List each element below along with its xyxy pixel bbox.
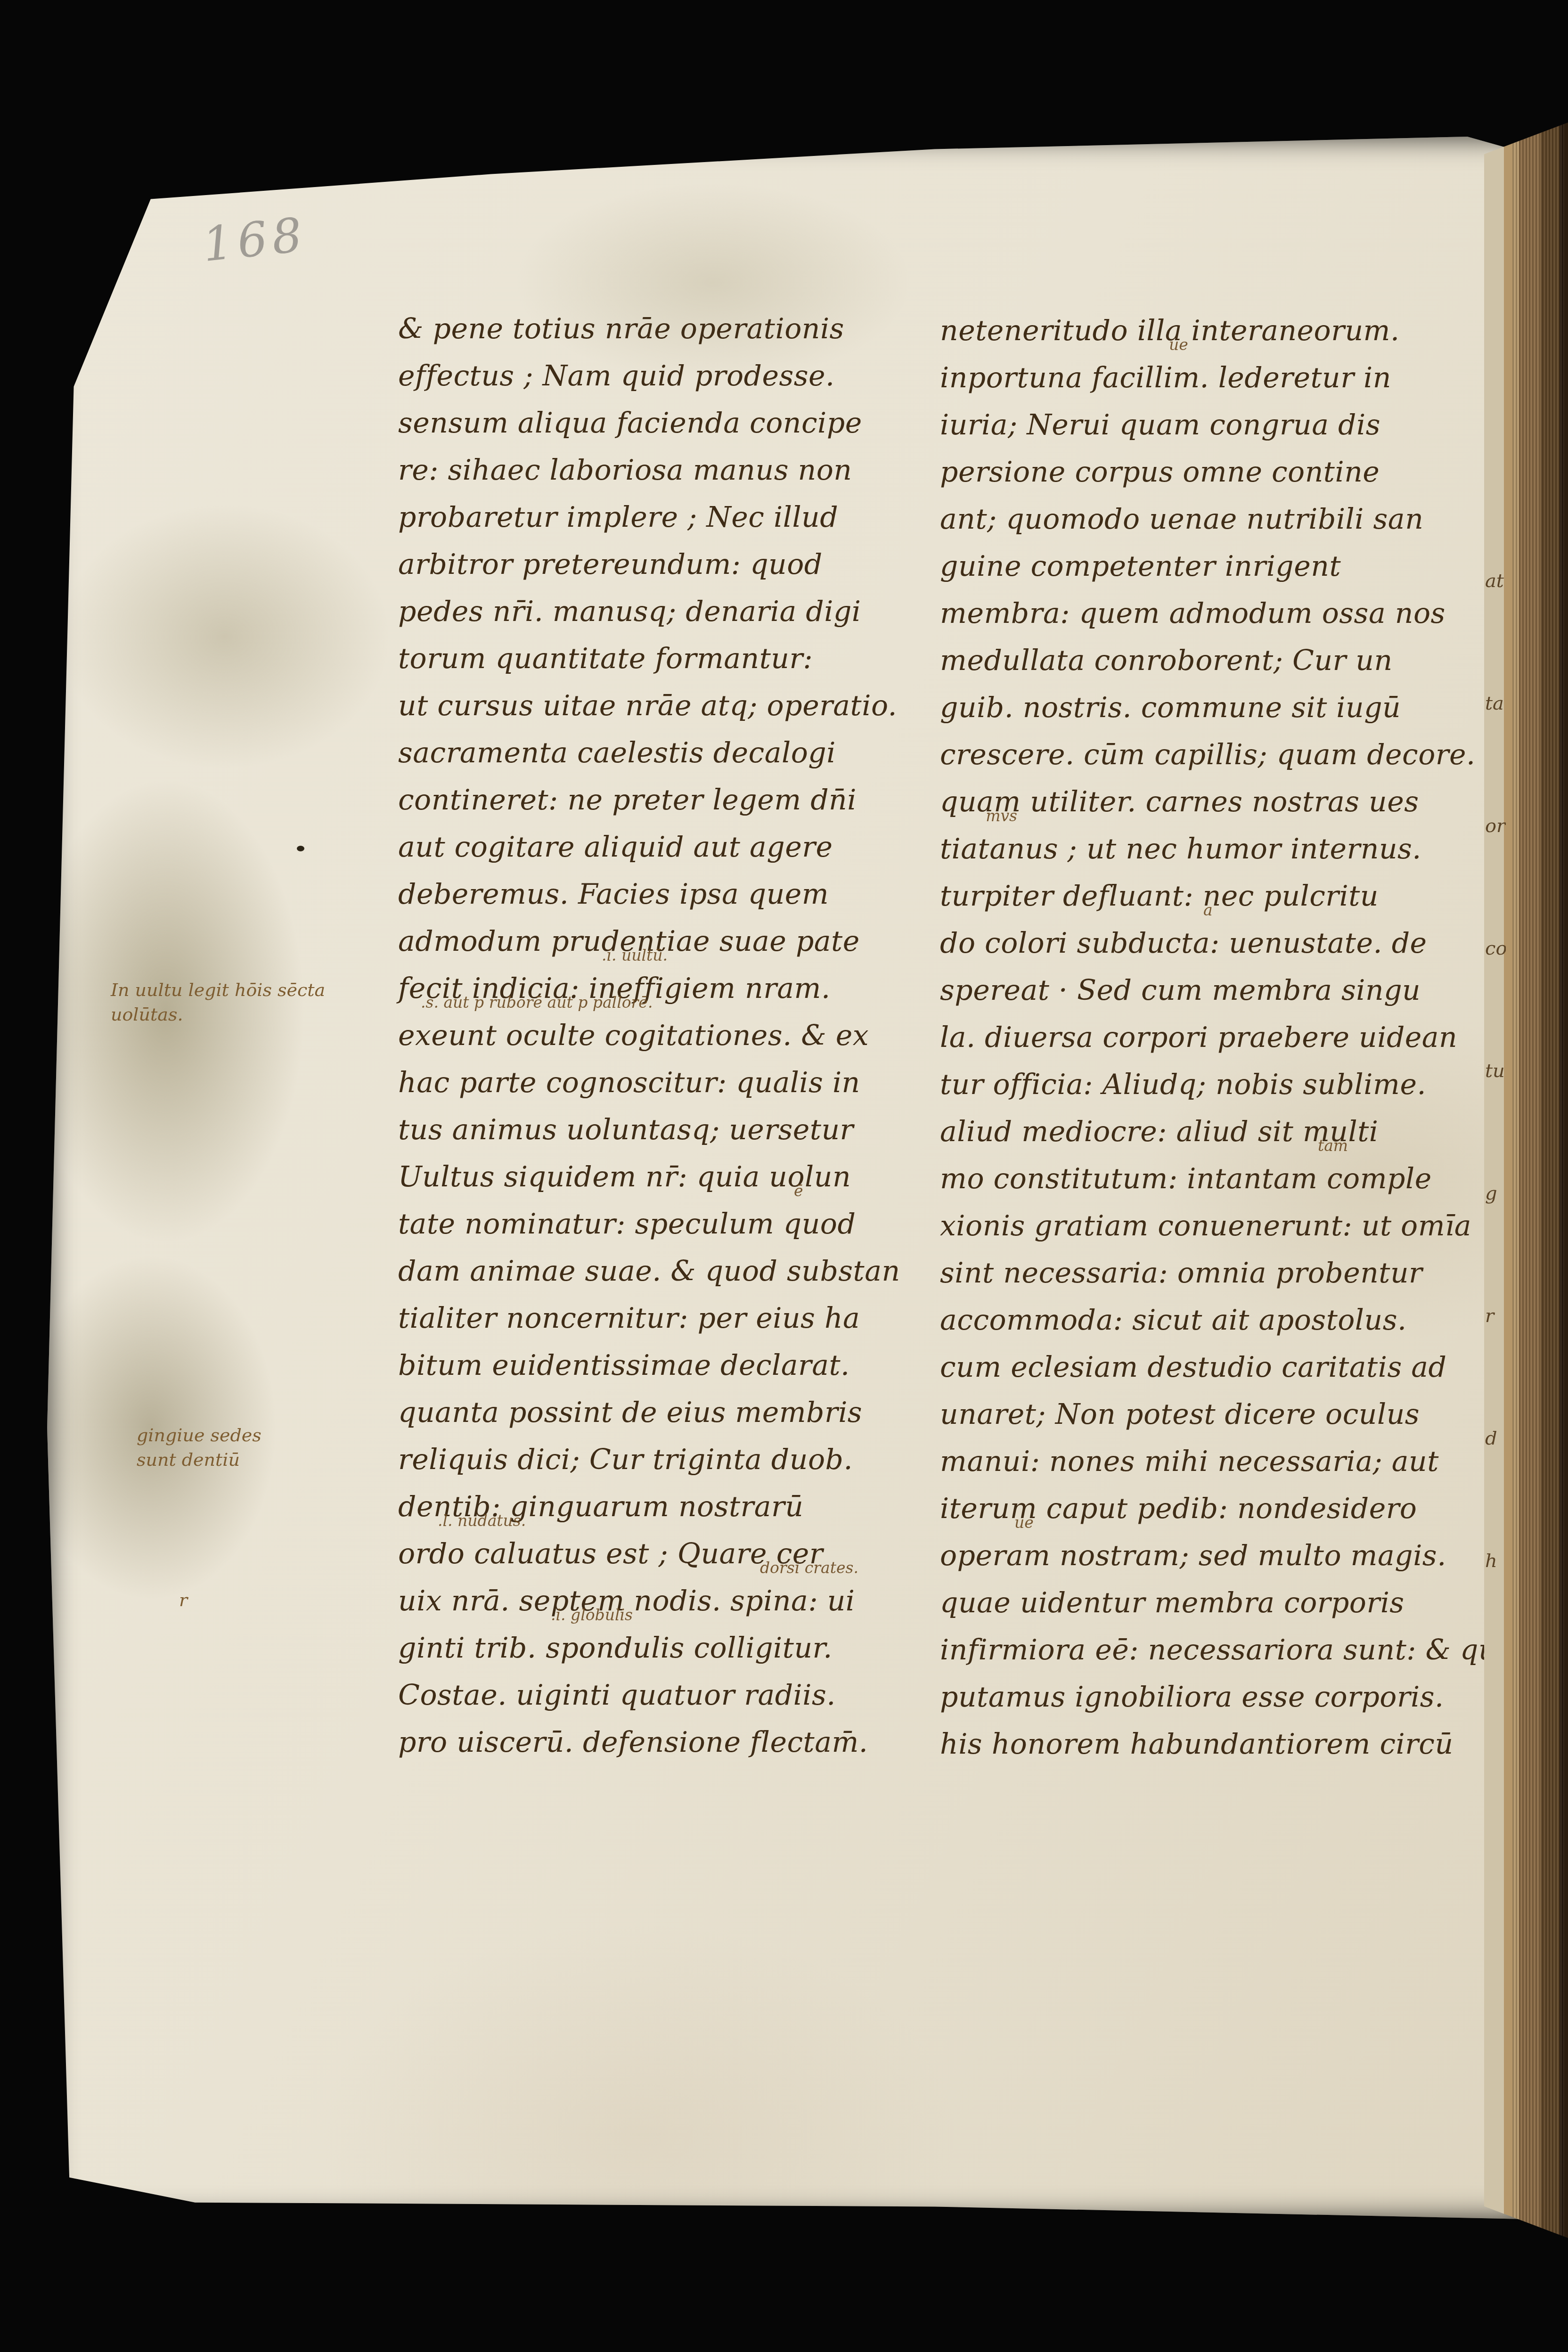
manuscript-line: inportuna facillim. lederetur in xyxy=(940,354,1512,401)
manuscript-line: bitum euidentissimae declarat. xyxy=(398,1342,964,1389)
manuscript-line: guine competenter inrigent xyxy=(940,543,1512,590)
manuscript-line: do colori subducta: uenustate. de xyxy=(940,920,1512,967)
manuscript-line: membra: quem admodum ossa nos xyxy=(940,590,1512,637)
manuscript-line: uix nrā. septem nodis. spina: ui xyxy=(398,1577,964,1625)
manuscript-line: spereat · Sed cum membra singu xyxy=(940,967,1512,1014)
photograph-stage: 168 & pene totius nrāe operationiseffect… xyxy=(0,0,1568,2352)
manuscript-line: putamus ignobiliora esse corporis. xyxy=(940,1674,1512,1721)
manuscript-line: contineret: ne preter legem dn̄i xyxy=(398,776,964,824)
manuscript-line: Costae. uiginti quatuor radiis. xyxy=(398,1672,964,1719)
manuscript-line: quanta possint de eius membris xyxy=(398,1389,964,1436)
book-fore-edge: attaorcotugrdh xyxy=(1484,122,1568,2238)
margin-note: gingiue sedessunt dentiū xyxy=(137,1423,261,1472)
facing-page-text-fragment: g xyxy=(1485,1183,1506,1204)
manuscript-line: torum quantitate formantur: xyxy=(398,635,964,682)
manuscript-line: medullata conroborent; Cur un xyxy=(940,637,1512,684)
manuscript-line: pedes nr̄i. manusq; denaria digi xyxy=(398,588,964,635)
interlinear-gloss: mvs xyxy=(986,807,1017,825)
facing-page-text-fragment: r xyxy=(1485,1305,1506,1327)
interlinear-gloss: dorsi crates. xyxy=(760,1559,858,1577)
manuscript-line: ginti trib. spondulis colligitur. xyxy=(398,1625,964,1672)
manuscript-line: effectus ; Nam quid prodesse. xyxy=(398,352,964,400)
facing-page-text-fragment: at xyxy=(1485,570,1506,592)
manuscript-line: admodum prudentiae suae pate xyxy=(398,918,964,965)
interlinear-gloss: ē xyxy=(794,1182,803,1200)
facing-page-text-fragment: h xyxy=(1485,1550,1506,1572)
manuscript-line: sint necessaria: omnia probentur xyxy=(940,1249,1512,1297)
manuscript-line: mo constitutum: intantam comple xyxy=(940,1155,1512,1202)
manuscript-line: neteneritudo illa interaneorum. xyxy=(940,307,1512,354)
manuscript-line: tiatanus ; ut nec humor internus. xyxy=(940,825,1512,873)
manuscript-line: ut cursus uitae nrāe atq; operatio. xyxy=(398,682,964,729)
manuscript-line: probaretur implere ; Nec illud xyxy=(398,494,964,541)
manuscript-line: guib. nostris. commune sit iugū xyxy=(940,684,1512,731)
manuscript-line: re: sihaec laboriosa manus non xyxy=(398,447,964,494)
text-column-right: neteneritudo illa interaneorum.inportuna… xyxy=(940,307,1512,1768)
manuscript-line: hac parte cognoscitur: qualis in xyxy=(398,1059,964,1106)
manuscript-line: sensum aliqua facienda concipe xyxy=(398,400,964,447)
interlinear-gloss: .i. uultū. xyxy=(602,946,668,964)
interlinear-gloss: a xyxy=(1203,901,1213,919)
manuscript-line: turpiter defluant: nec pulcritu xyxy=(940,873,1512,920)
manuscript-line: crescere. cūm capillis; quam decore. xyxy=(940,731,1512,778)
facing-page-text-fragment: tu xyxy=(1485,1060,1506,1082)
manuscript-line: tialiter noncernitur: per eius ha xyxy=(398,1295,964,1342)
interlinear-gloss: ue xyxy=(1014,1513,1034,1532)
interlinear-gloss: tam xyxy=(1318,1136,1348,1155)
interlinear-gloss: ue xyxy=(1169,335,1188,354)
text-column-left: & pene totius nrāe operationiseffectus ;… xyxy=(398,305,964,1766)
interlinear-gloss: .l. nudatus. xyxy=(438,1511,526,1530)
facing-page-text-fragment: d xyxy=(1485,1428,1506,1449)
manuscript-line: ant; quomodo uenae nutribili san xyxy=(940,496,1512,543)
manuscript-line: reliquis dici; Cur triginta duob. xyxy=(398,1436,964,1483)
manuscript-line: accommoda: sicut ait apostolus. xyxy=(940,1297,1512,1344)
manuscript-line: sacramenta caelestis decalogi xyxy=(398,729,964,776)
manuscript-line: la. diuersa corpori praebere uidean xyxy=(940,1014,1512,1061)
manuscript-line: tus animus uoluntasq; uersetur xyxy=(398,1106,964,1153)
manuscript-line: & pene totius nrāe operationis xyxy=(398,305,964,352)
manuscript-line: persione corpus omne contine xyxy=(940,449,1512,496)
manuscript-line: aut cogitare aliquid aut agere xyxy=(398,824,964,871)
facing-page-text-fragment: or xyxy=(1485,815,1506,837)
manuscript-line: tur officia: Aliudq; nobis sublime. xyxy=(940,1061,1512,1108)
manuscript-line: cum eclesiam destudio caritatis ad xyxy=(940,1344,1512,1391)
manuscript-line: tate nominatur: speculum quod xyxy=(398,1200,964,1248)
margin-note: r xyxy=(179,1588,188,1612)
manuscript-line: ordo caluatus est ; Quare cer xyxy=(398,1530,964,1577)
manuscript-line: his honorem habundantiorem circū xyxy=(940,1721,1512,1768)
manuscript-line: operam nostram; sed multo magis. xyxy=(940,1532,1512,1579)
manuscript-line: aliud mediocre: aliud sit multi xyxy=(940,1108,1512,1155)
margin-note: In uultu legit hōis sēctauolūtas. xyxy=(111,978,325,1027)
manuscript-line: deberemus. Facies ipsa quem xyxy=(398,871,964,918)
manuscript-line: quam utiliter. carnes nostras ues xyxy=(940,778,1512,825)
manuscript-line: exeunt oculte cogitationes. & ex xyxy=(398,1012,964,1059)
interlinear-gloss: .s. aut p ruborē aut p pallorē. xyxy=(421,993,653,1012)
interlinear-gloss: .i. globulis xyxy=(551,1606,633,1624)
page-edges-texture xyxy=(1512,122,1564,2238)
manuscript-line: pro uiscerū. defensione flectam̄. xyxy=(398,1719,964,1766)
manuscript-line: Uultus siquidem nr̄: quia uolun xyxy=(398,1153,964,1200)
manuscript-line: xionis gratiam conuenerunt: ut omīa xyxy=(940,1202,1512,1249)
manuscript-line: arbitror pretereundum: quod xyxy=(398,541,964,588)
facing-page-text-fragment: ta xyxy=(1485,693,1506,714)
facing-page-text-fragment: co xyxy=(1485,938,1506,959)
manuscript-line: unaret; Non potest dicere oculus xyxy=(940,1391,1512,1438)
manuscript-line: manui: nones mihi necessaria; aut xyxy=(940,1438,1512,1485)
ink-speck xyxy=(297,846,304,851)
folio-number: 168 xyxy=(200,207,309,272)
manuscript-line: quae uidentur membra corporis xyxy=(940,1579,1512,1626)
manuscript-line: dam animae suae. & quod substan xyxy=(398,1248,964,1295)
manuscript-line: iuria; Nerui quam congrua dis xyxy=(940,401,1512,449)
manuscript-line: infirmiora eē: necessariora sunt: & que xyxy=(940,1626,1512,1674)
